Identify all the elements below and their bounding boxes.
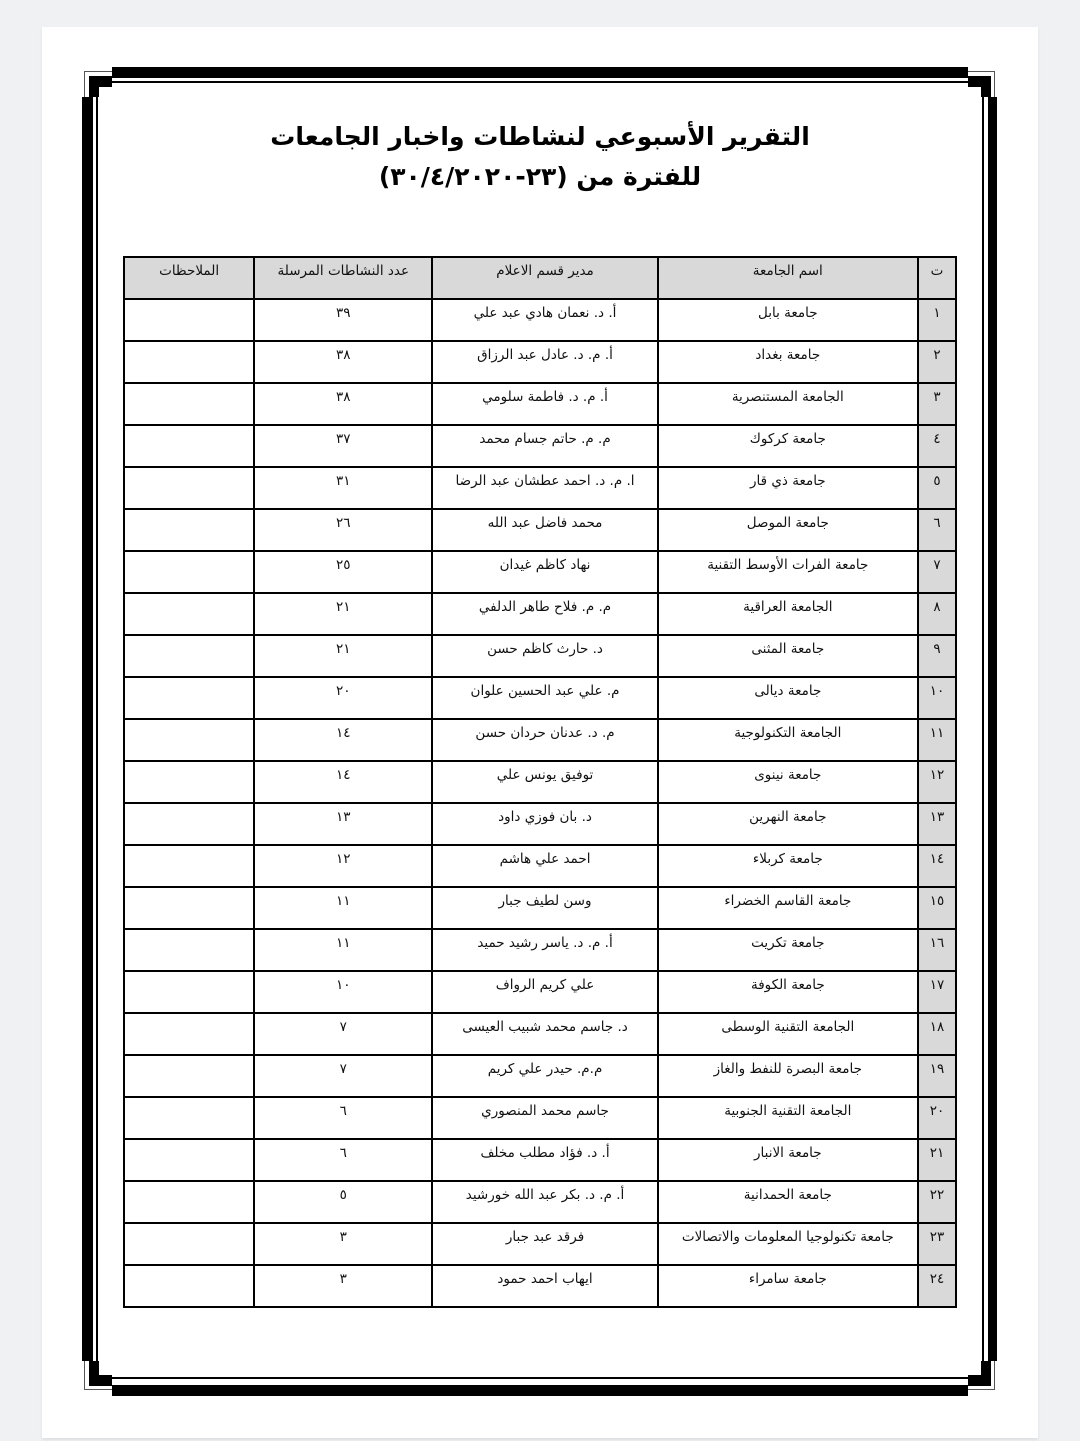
cell-university: جامعة الحمدانية xyxy=(658,1181,918,1223)
cell-media-manager: أ. م. د. عادل عبد الرزاق xyxy=(432,341,657,383)
table-row: ٦ جامعة الموصل محمد فاضل عبد الله ٢٦ xyxy=(124,509,956,551)
cell-index: ١٩ xyxy=(918,1055,956,1097)
cell-notes xyxy=(124,1181,254,1223)
cell-media-manager: د. حارث كاظم حسن xyxy=(432,635,657,677)
cell-university: الجامعة العراقية xyxy=(658,593,918,635)
cell-activities-count: ٧ xyxy=(254,1055,432,1097)
cell-notes xyxy=(124,1055,254,1097)
cell-activities-count: ١٤ xyxy=(254,719,432,761)
cell-activities-count: ٥ xyxy=(254,1181,432,1223)
cell-notes xyxy=(124,845,254,887)
cell-university: جامعة النهرين xyxy=(658,803,918,845)
table-row: ١٧ جامعة الكوفة علي كريم الرواف ١٠ xyxy=(124,971,956,1013)
table-row: ١٨ الجامعة التقنية الوسطى د. جاسم محمد ش… xyxy=(124,1013,956,1055)
report-title: التقرير الأسبوعي لنشاطات واخبار الجامعات xyxy=(0,122,1080,151)
cell-index: ٤ xyxy=(918,425,956,467)
cell-activities-count: ١٣ xyxy=(254,803,432,845)
cell-media-manager: ايهاب احمد حمود xyxy=(432,1265,657,1307)
report-period: للفترة من (٢٣-٣٠/٤/٢٠٢٠) xyxy=(0,162,1080,191)
header-media-manager: مدير قسم الاعلام xyxy=(432,257,657,299)
table-row: ١٢ جامعة نينوى توفيق يونس علي ١٤ xyxy=(124,761,956,803)
cell-index: ٢ xyxy=(918,341,956,383)
table-header-row: ت اسم الجامعة مدير قسم الاعلام عدد النشا… xyxy=(124,257,956,299)
cell-index: ٩ xyxy=(918,635,956,677)
table-row: ٤ جامعة كركوك م. م. حاتم جسام محمد ٣٧ xyxy=(124,425,956,467)
table-row: ٥ جامعة ذي قار ا. م. د. احمد عطشان عبد ا… xyxy=(124,467,956,509)
table-row: ٧ جامعة الفرات الأوسط التقنية نهاد كاظم … xyxy=(124,551,956,593)
cell-activities-count: ٣٨ xyxy=(254,383,432,425)
table-row: ٢٠ الجامعة التقنية الجنوبية جاسم محمد ال… xyxy=(124,1097,956,1139)
cell-activities-count: ٣ xyxy=(254,1265,432,1307)
cell-media-manager: أ. م. د. فاطمة سلومي xyxy=(432,383,657,425)
cell-index: ١٥ xyxy=(918,887,956,929)
table-row: ١ جامعة بابل أ. د. نعمان هادي عبد علي ٣٩ xyxy=(124,299,956,341)
table-row: ٢ جامعة بغداد أ. م. د. عادل عبد الرزاق ٣… xyxy=(124,341,956,383)
cell-index: ١٠ xyxy=(918,677,956,719)
cell-media-manager: وسن لطيف جبار xyxy=(432,887,657,929)
header-activities-count: عدد النشاطات المرسلة xyxy=(254,257,432,299)
cell-activities-count: ٣٧ xyxy=(254,425,432,467)
cell-university: جامعة كربلاء xyxy=(658,845,918,887)
cell-media-manager: ا. م. د. احمد عطشان عبد الرضا xyxy=(432,467,657,509)
cell-activities-count: ١٤ xyxy=(254,761,432,803)
cell-university: جامعة الانبار xyxy=(658,1139,918,1181)
cell-activities-count: ١٢ xyxy=(254,845,432,887)
cell-media-manager: م.م. حيدر علي كريم xyxy=(432,1055,657,1097)
cell-index: ١ xyxy=(918,299,956,341)
table-row: ٢٢ جامعة الحمدانية أ. م. د. بكر عبد الله… xyxy=(124,1181,956,1223)
cell-university: جامعة ذي قار xyxy=(658,467,918,509)
cell-activities-count: ٦ xyxy=(254,1139,432,1181)
cell-notes xyxy=(124,299,254,341)
table-body: ١ جامعة بابل أ. د. نعمان هادي عبد علي ٣٩… xyxy=(124,299,956,1307)
cell-media-manager: أ. د. نعمان هادي عبد علي xyxy=(432,299,657,341)
table-row: ١٦ جامعة تكريت أ. م. د. ياسر رشيد حميد ١… xyxy=(124,929,956,971)
cell-notes xyxy=(124,929,254,971)
cell-notes xyxy=(124,1013,254,1055)
cell-university: جامعة تكريت xyxy=(658,929,918,971)
cell-activities-count: ٣٨ xyxy=(254,341,432,383)
cell-notes xyxy=(124,635,254,677)
table-row: ١١ الجامعة التكنولوجية م. د. عدنان حردان… xyxy=(124,719,956,761)
cell-media-manager: فرقد عبد جبار xyxy=(432,1223,657,1265)
cell-media-manager: توفيق يونس علي xyxy=(432,761,657,803)
table-row: ١٩ جامعة البصرة للنفط والغاز م.م. حيدر ع… xyxy=(124,1055,956,1097)
cell-notes xyxy=(124,467,254,509)
cell-media-manager: جاسم محمد المنصوري xyxy=(432,1097,657,1139)
cell-university: جامعة الفرات الأوسط التقنية xyxy=(658,551,918,593)
cell-activities-count: ٢٦ xyxy=(254,509,432,551)
cell-activities-count: ١١ xyxy=(254,887,432,929)
cell-activities-count: ٢١ xyxy=(254,593,432,635)
cell-university: جامعة تكنولوجيا المعلومات والاتصالات xyxy=(658,1223,918,1265)
cell-index: ١٢ xyxy=(918,761,956,803)
cell-index: ١٨ xyxy=(918,1013,956,1055)
cell-notes xyxy=(124,551,254,593)
cell-activities-count: ٣٩ xyxy=(254,299,432,341)
cell-activities-count: ١١ xyxy=(254,929,432,971)
cell-media-manager: د. جاسم محمد شبيب العيسى xyxy=(432,1013,657,1055)
cell-activities-count: ١٠ xyxy=(254,971,432,1013)
table-row: ٢١ جامعة الانبار أ. د. فؤاد مطلب مخلف ٦ xyxy=(124,1139,956,1181)
cell-notes xyxy=(124,425,254,467)
cell-university: جامعة نينوى xyxy=(658,761,918,803)
cell-index: ١٧ xyxy=(918,971,956,1013)
cell-activities-count: ٢١ xyxy=(254,635,432,677)
table-row: ١٠ جامعة ديالى م. علي عبد الحسين علوان ٢… xyxy=(124,677,956,719)
cell-notes xyxy=(124,887,254,929)
cell-index: ٧ xyxy=(918,551,956,593)
cell-activities-count: ٢٠ xyxy=(254,677,432,719)
header-notes: الملاحظات xyxy=(124,257,254,299)
cell-university: الجامعة التقنية الجنوبية xyxy=(658,1097,918,1139)
cell-media-manager: م. د. عدنان حردان حسن xyxy=(432,719,657,761)
cell-media-manager: م. م. فلاح طاهر الدلفي xyxy=(432,593,657,635)
cell-university: الجامعة التقنية الوسطى xyxy=(658,1013,918,1055)
cell-university: جامعة بابل xyxy=(658,299,918,341)
cell-notes xyxy=(124,1223,254,1265)
cell-university: جامعة كركوك xyxy=(658,425,918,467)
cell-university: جامعة الكوفة xyxy=(658,971,918,1013)
cell-index: ٨ xyxy=(918,593,956,635)
cell-university: جامعة ديالى xyxy=(658,677,918,719)
cell-notes xyxy=(124,341,254,383)
cell-activities-count: ٢٥ xyxy=(254,551,432,593)
cell-media-manager: أ. د. فؤاد مطلب مخلف xyxy=(432,1139,657,1181)
cell-university: جامعة القاسم الخضراء xyxy=(658,887,918,929)
cell-media-manager: علي كريم الرواف xyxy=(432,971,657,1013)
cell-media-manager: أ. م. د. بكر عبد الله خورشيد xyxy=(432,1181,657,1223)
universities-activity-table: ت اسم الجامعة مدير قسم الاعلام عدد النشا… xyxy=(123,256,957,1308)
cell-media-manager: م. م. حاتم جسام محمد xyxy=(432,425,657,467)
table-row: ٢٤ جامعة سامراء ايهاب احمد حمود ٣ xyxy=(124,1265,956,1307)
cell-media-manager: نهاد كاظم غيدان xyxy=(432,551,657,593)
cell-university: جامعة سامراء xyxy=(658,1265,918,1307)
cell-university: جامعة الموصل xyxy=(658,509,918,551)
cell-university: جامعة بغداد xyxy=(658,341,918,383)
cell-notes xyxy=(124,761,254,803)
cell-university: جامعة المثنى xyxy=(658,635,918,677)
cell-notes xyxy=(124,971,254,1013)
cell-university: الجامعة المستنصرية xyxy=(658,383,918,425)
cell-notes xyxy=(124,509,254,551)
cell-media-manager: محمد فاضل عبد الله xyxy=(432,509,657,551)
table-row: ٨ الجامعة العراقية م. م. فلاح طاهر الدلف… xyxy=(124,593,956,635)
cell-activities-count: ٦ xyxy=(254,1097,432,1139)
cell-index: ١٦ xyxy=(918,929,956,971)
cell-notes xyxy=(124,593,254,635)
cell-index: ٣ xyxy=(918,383,956,425)
cell-media-manager: م. علي عبد الحسين علوان xyxy=(432,677,657,719)
cell-index: ٥ xyxy=(918,467,956,509)
cell-notes xyxy=(124,677,254,719)
cell-notes xyxy=(124,1265,254,1307)
header-university: اسم الجامعة xyxy=(658,257,918,299)
cell-index: ٢٤ xyxy=(918,1265,956,1307)
cell-media-manager: احمد علي هاشم xyxy=(432,845,657,887)
cell-index: ٦ xyxy=(918,509,956,551)
table-row: ١٥ جامعة القاسم الخضراء وسن لطيف جبار ١١ xyxy=(124,887,956,929)
cell-media-manager: د. بان فوزي داود xyxy=(432,803,657,845)
cell-activities-count: ٣ xyxy=(254,1223,432,1265)
cell-index: ٢٢ xyxy=(918,1181,956,1223)
cell-index: ٢١ xyxy=(918,1139,956,1181)
cell-notes xyxy=(124,719,254,761)
cell-index: ٢٣ xyxy=(918,1223,956,1265)
cell-university: جامعة البصرة للنفط والغاز xyxy=(658,1055,918,1097)
cell-activities-count: ٧ xyxy=(254,1013,432,1055)
table-row: ٩ جامعة المثنى د. حارث كاظم حسن ٢١ xyxy=(124,635,956,677)
table-row: ١٣ جامعة النهرين د. بان فوزي داود ١٣ xyxy=(124,803,956,845)
cell-activities-count: ٣١ xyxy=(254,467,432,509)
table-row: ٣ الجامعة المستنصرية أ. م. د. فاطمة سلوم… xyxy=(124,383,956,425)
cell-notes xyxy=(124,383,254,425)
cell-index: ١٤ xyxy=(918,845,956,887)
cell-notes xyxy=(124,1097,254,1139)
cell-notes xyxy=(124,1139,254,1181)
cell-media-manager: أ. م. د. ياسر رشيد حميد xyxy=(432,929,657,971)
table-row: ١٤ جامعة كربلاء احمد علي هاشم ١٢ xyxy=(124,845,956,887)
cell-notes xyxy=(124,803,254,845)
cell-index: ٢٠ xyxy=(918,1097,956,1139)
cell-index: ١١ xyxy=(918,719,956,761)
header-index: ت xyxy=(918,257,956,299)
cell-university: الجامعة التكنولوجية xyxy=(658,719,918,761)
table-row: ٢٣ جامعة تكنولوجيا المعلومات والاتصالات … xyxy=(124,1223,956,1265)
cell-index: ١٣ xyxy=(918,803,956,845)
